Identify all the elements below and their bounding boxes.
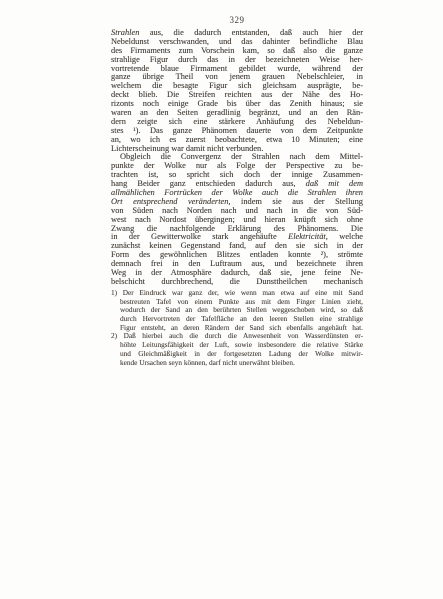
plain-text: waren an den Seiten geradlinig begränzt,… [111, 109, 363, 117]
italic-text: Ort entsprechend veränderten, [111, 198, 231, 206]
plain-text: punkte der Wolke nur als Folge der Persp… [111, 162, 363, 170]
plain-text: Obgleich die Convergenz der Strahlen nac… [120, 153, 363, 161]
text-line: durch Hervortreten der Tafelfläche an de… [120, 315, 363, 324]
plain-text: durch Hervortreten der Tafelfläche an de… [120, 315, 363, 323]
plain-text: Weg in der Atmosphäre dadurch, daß sie, … [111, 269, 363, 277]
text-line: demnach frei in den Luftraum aus, und be… [111, 260, 363, 269]
plain-text: von Süden nach Norden nach und nach in d… [111, 207, 363, 215]
plain-text: rizonts noch einige Grade bis über das Z… [111, 100, 363, 108]
text-line: strahlige Figur durch das in der bezeich… [111, 56, 363, 65]
text-line: 2) Daß hierbei auch die durch die Anwese… [111, 332, 363, 341]
plain-text: zunächst keinen Gegenstand fand, auf den… [111, 242, 363, 250]
text-line: wodurch der Sand an den berührten Stelle… [120, 306, 363, 315]
plain-text: ganze übrige Theil von jenem grauen Nebe… [111, 73, 363, 81]
paragraph: Strahlen aus, die dadurch entstanden, da… [111, 29, 363, 153]
plain-text: Zwang die nachfolgende Erklärung des Phä… [111, 225, 363, 233]
plain-text: Figur entsteht, an deren Rändern der San… [120, 324, 363, 332]
plain-text: vortretende blaue Firmament gebildet wur… [111, 65, 363, 73]
main-text-block: Strahlen aus, die dadurch entstanden, da… [111, 29, 363, 287]
plain-text: wodurch der Sand an den berührten Stelle… [120, 306, 363, 314]
plain-text: deckt blieb. Die Streifen reichten aus d… [111, 91, 363, 99]
text-line: trachten ist, so spricht sich doch der i… [111, 171, 363, 180]
text-line: Obgleich die Convergenz der Strahlen nac… [111, 153, 363, 162]
text-line: Lichterscheinung war damit nicht verbund… [111, 145, 363, 154]
text-line: Form des gewöhnlichen Blitzes entladen k… [111, 251, 363, 260]
text-line: Nebeldunst verschwanden, und das dahinte… [111, 38, 363, 47]
text-line: belschicht durchbrechend, die Dunsttheil… [111, 278, 363, 287]
page-number: 329 [111, 15, 363, 25]
plain-text: 2) Daß hierbei auch die durch die Anwese… [111, 332, 363, 340]
italic-text: daß mit dem [306, 180, 363, 188]
italic-text: Elektricität [288, 233, 326, 241]
paragraph: Obgleich die Convergenz der Strahlen nac… [111, 153, 363, 286]
book-page: 329 Strahlen aus, die dadurch entstanden… [0, 0, 443, 599]
text-line: des Firmaments zum Vorschein kam, so daß… [111, 47, 363, 56]
plain-text: strahlige Figur durch das in der bezeich… [111, 56, 363, 64]
text-line: stes ¹). Das ganze Phänomen dauerte von … [111, 127, 363, 136]
text-line: rizonts noch einige Grade bis über das Z… [111, 100, 363, 109]
text-line: Zwang die nachfolgende Erklärung des Phä… [111, 225, 363, 234]
plain-text: indem sie aus der Stellung [231, 198, 363, 206]
plain-text: welchem die besagte Figur sich gleichsam… [111, 82, 363, 90]
plain-text: Form des gewöhnlichen Blitzes entladen k… [111, 251, 363, 259]
text-line: zunächst keinen Gegenstand fand, auf den… [111, 242, 363, 251]
text-line: dern zeigte sich eine stärkere Anhäufung… [111, 118, 363, 127]
italic-text: allmählichen Fortrücken der Wolke auch d… [111, 189, 363, 197]
text-line: allmählichen Fortrücken der Wolke auch d… [111, 189, 363, 198]
plain-text: hang Beider ganz entschieden dadurch aus… [111, 180, 306, 188]
text-line: kende Ursachen seyn können, darf nicht u… [120, 359, 363, 368]
plain-text: west nach Nordost übergingen; und hieran… [111, 216, 363, 224]
plain-text: trachten ist, so spricht sich doch der i… [111, 171, 363, 179]
plain-text: Lichterscheinung war damit nicht verbund… [111, 145, 263, 153]
text-line: west nach Nordost übergingen; und hieran… [111, 216, 363, 225]
text-line: von Süden nach Norden nach und nach in d… [111, 207, 363, 216]
text-line: hang Beider ganz entschieden dadurch aus… [111, 180, 363, 189]
text-line: Figur entsteht, an deren Rändern der San… [120, 324, 363, 333]
text-line: Strahlen aus, die dadurch entstanden, da… [111, 29, 363, 38]
italic-text: Strahlen [111, 29, 139, 37]
text-line: punkte der Wolke nur als Folge der Persp… [111, 162, 363, 171]
text-line: 1) Der Eindruck war ganz der, wie wenn m… [111, 289, 363, 298]
plain-text: , welche [326, 233, 363, 241]
text-line: in der Gewitterwolke stark angehäufte El… [111, 233, 363, 242]
plain-text: dern zeigte sich eine stärkere Anhäufung… [111, 118, 363, 126]
text-line: welchem die besagte Figur sich gleichsam… [111, 82, 363, 91]
plain-text: höhte Leitungsfähigkeit der Luft, sowie … [120, 341, 363, 349]
text-line: deckt blieb. Die Streifen reichten aus d… [111, 91, 363, 100]
text-line: höhte Leitungsfähigkeit der Luft, sowie … [120, 341, 363, 350]
text-line: Weg in der Atmosphäre dadurch, daß sie, … [111, 269, 363, 278]
plain-text: Nebeldunst verschwanden, und das dahinte… [111, 38, 363, 46]
footnotes-block: 1) Der Eindruck war ganz der, wie wenn m… [111, 289, 363, 367]
plain-text: aus, die dadurch entstanden, daß auch hi… [139, 29, 363, 37]
text-line: Ort entsprechend veränderten, indem sie … [111, 198, 363, 207]
plain-text: kende Ursachen seyn können, darf nicht u… [120, 359, 295, 367]
text-line: vortretende blaue Firmament gebildet wur… [111, 65, 363, 74]
plain-text: 1) Der Eindruck war ganz der, wie wenn m… [111, 289, 363, 297]
plain-text: bestreuten Tafel von einem Punkte aus mi… [120, 298, 363, 306]
plain-text: in der Gewitterwolke stark angehäufte [111, 233, 288, 241]
plain-text: an, wo ich es zuerst beobachtete, etwa 1… [111, 136, 363, 144]
plain-text: des Firmaments zum Vorschein kam, so daß… [111, 47, 363, 55]
text-line: waren an den Seiten geradlinig begränzt,… [111, 109, 363, 118]
plain-text: demnach frei in den Luftraum aus, und be… [111, 260, 363, 268]
text-line: ganze übrige Theil von jenem grauen Nebe… [111, 73, 363, 82]
text-line: und Gleichmäßigkeit in der fortgesetzten… [120, 350, 363, 359]
text-line: an, wo ich es zuerst beobachtete, etwa 1… [111, 136, 363, 145]
plain-text: stes ¹). Das ganze Phänomen dauerte von … [111, 127, 363, 135]
text-line: bestreuten Tafel von einem Punkte aus mi… [120, 298, 363, 307]
plain-text: belschicht durchbrechend, die Dunsttheil… [111, 278, 363, 286]
plain-text: und Gleichmäßigkeit in der fortgesetzten… [120, 350, 363, 358]
